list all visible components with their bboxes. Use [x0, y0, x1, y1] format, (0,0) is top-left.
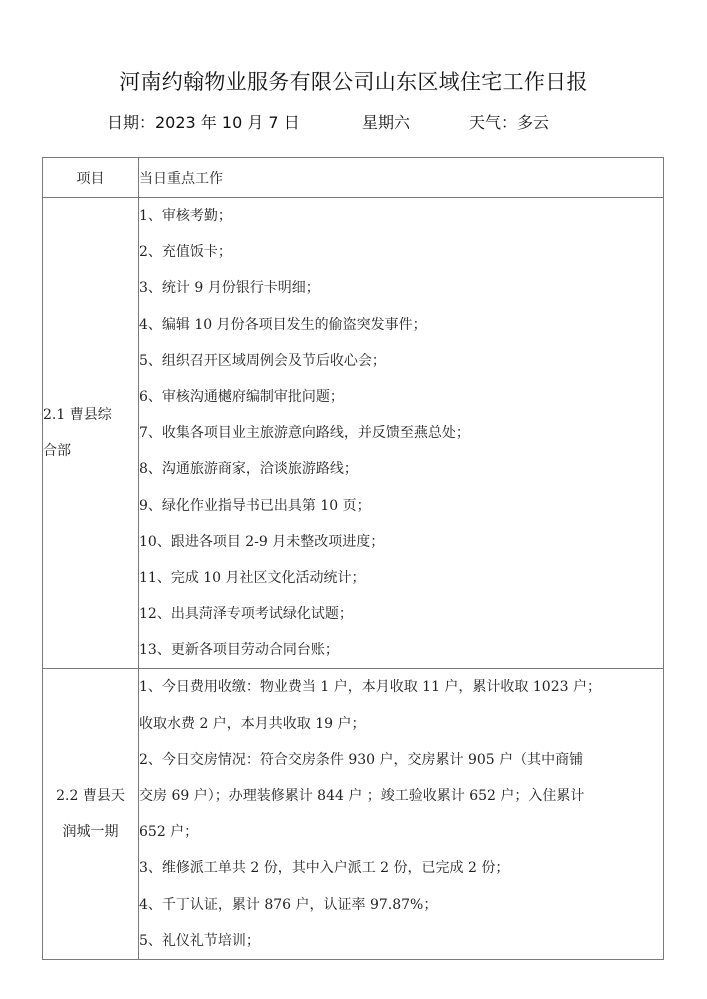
table-row: 2.1 曹县综 合部 1、审核考勤； 2、充值饭卡； 3、统计 9 月份银行卡明… — [43, 198, 664, 669]
task-line: 9、绿化作业指导书已出具第 10 页； — [139, 488, 663, 524]
task-line: 6、审核沟通樾府编制审批问题； — [139, 379, 663, 415]
task-line: 交房 69 户）；办理装修累计 844 户 ；竣工验收累计 652 户；入住累计 — [139, 778, 663, 814]
task-line: 4、编辑 10 月份各项目发生的偷盗突发事件； — [139, 307, 663, 343]
task-line: 13、更新各项目劳动合同台账； — [139, 632, 663, 668]
task-line: 652 户； — [139, 814, 663, 850]
task-line: 11、完成 10 月社区文化活动统计； — [139, 560, 663, 596]
report-weekday: 星期六 — [362, 110, 410, 133]
task-line: 5、礼仪礼节培训； — [139, 923, 663, 959]
work-report-table: 项目 当日重点工作 2.1 曹县综 合部 1、审核考勤； 2、充值饭卡； 3、统… — [42, 157, 664, 960]
project-cell: 2.2 曹县天 润城一期 — [43, 669, 139, 960]
task-line: 3、维修派工单共 2 份，其中入户派工 2 份，已完成 2 份； — [139, 850, 663, 886]
task-line: 1、审核考勤； — [139, 198, 663, 234]
task-line: 4、千丁认证，累计 876 户，认证率 97.87%； — [139, 887, 663, 923]
report-title: 河南约翰物业服务有限公司山东区域住宅工作日报 — [0, 66, 707, 96]
task-line: 1、今日费用收缴：物业费当 1 户，本月收取 11 户，累计收取 1023 户； — [139, 669, 663, 705]
task-line: 2、今日交房情况：符合交房条件 930 户，交房累计 905 户（其中商铺 — [139, 742, 663, 778]
task-line: 5、组织召开区域周例会及节后收心会； — [139, 343, 663, 379]
task-line: 7、收集各项目业主旅游意向路线，并反馈至燕总处； — [139, 415, 663, 451]
table-row: 2.2 曹县天 润城一期 1、今日费用收缴：物业费当 1 户，本月收取 11 户… — [43, 669, 664, 960]
report-date: 日期：2023 年 10 月 7 日 — [107, 110, 300, 133]
task-line: 3、统计 9 月份银行卡明细； — [139, 270, 663, 306]
header-key-work: 当日重点工作 — [139, 158, 664, 198]
project-cell: 2.1 曹县综 合部 — [43, 198, 139, 669]
task-line: 收取水费 2 户，本月共收取 19 户； — [139, 706, 663, 742]
task-line: 2、充值饭卡； — [139, 234, 663, 270]
tasks-cell: 1、今日费用收缴：物业费当 1 户，本月收取 11 户，累计收取 1023 户；… — [139, 669, 664, 960]
report-weather: 天气：多云 — [469, 110, 549, 133]
table-header-row: 项目 当日重点工作 — [43, 158, 664, 198]
task-line: 8、沟通旅游商家，洽谈旅游路线； — [139, 451, 663, 487]
header-project: 项目 — [43, 158, 139, 198]
project-name-line: 润城一期 — [43, 814, 138, 850]
project-name-line: 2.1 曹县综 — [43, 397, 138, 433]
task-line: 12、出具菏泽专项考试绿化试题； — [139, 596, 663, 632]
task-line: 10、跟进各项目 2-9 月未整改项进度； — [139, 524, 663, 560]
tasks-cell: 1、审核考勤； 2、充值饭卡； 3、统计 9 月份银行卡明细； 4、编辑 10 … — [139, 198, 664, 669]
project-name-line: 合部 — [43, 433, 138, 469]
project-name-line: 2.2 曹县天 — [43, 778, 138, 814]
